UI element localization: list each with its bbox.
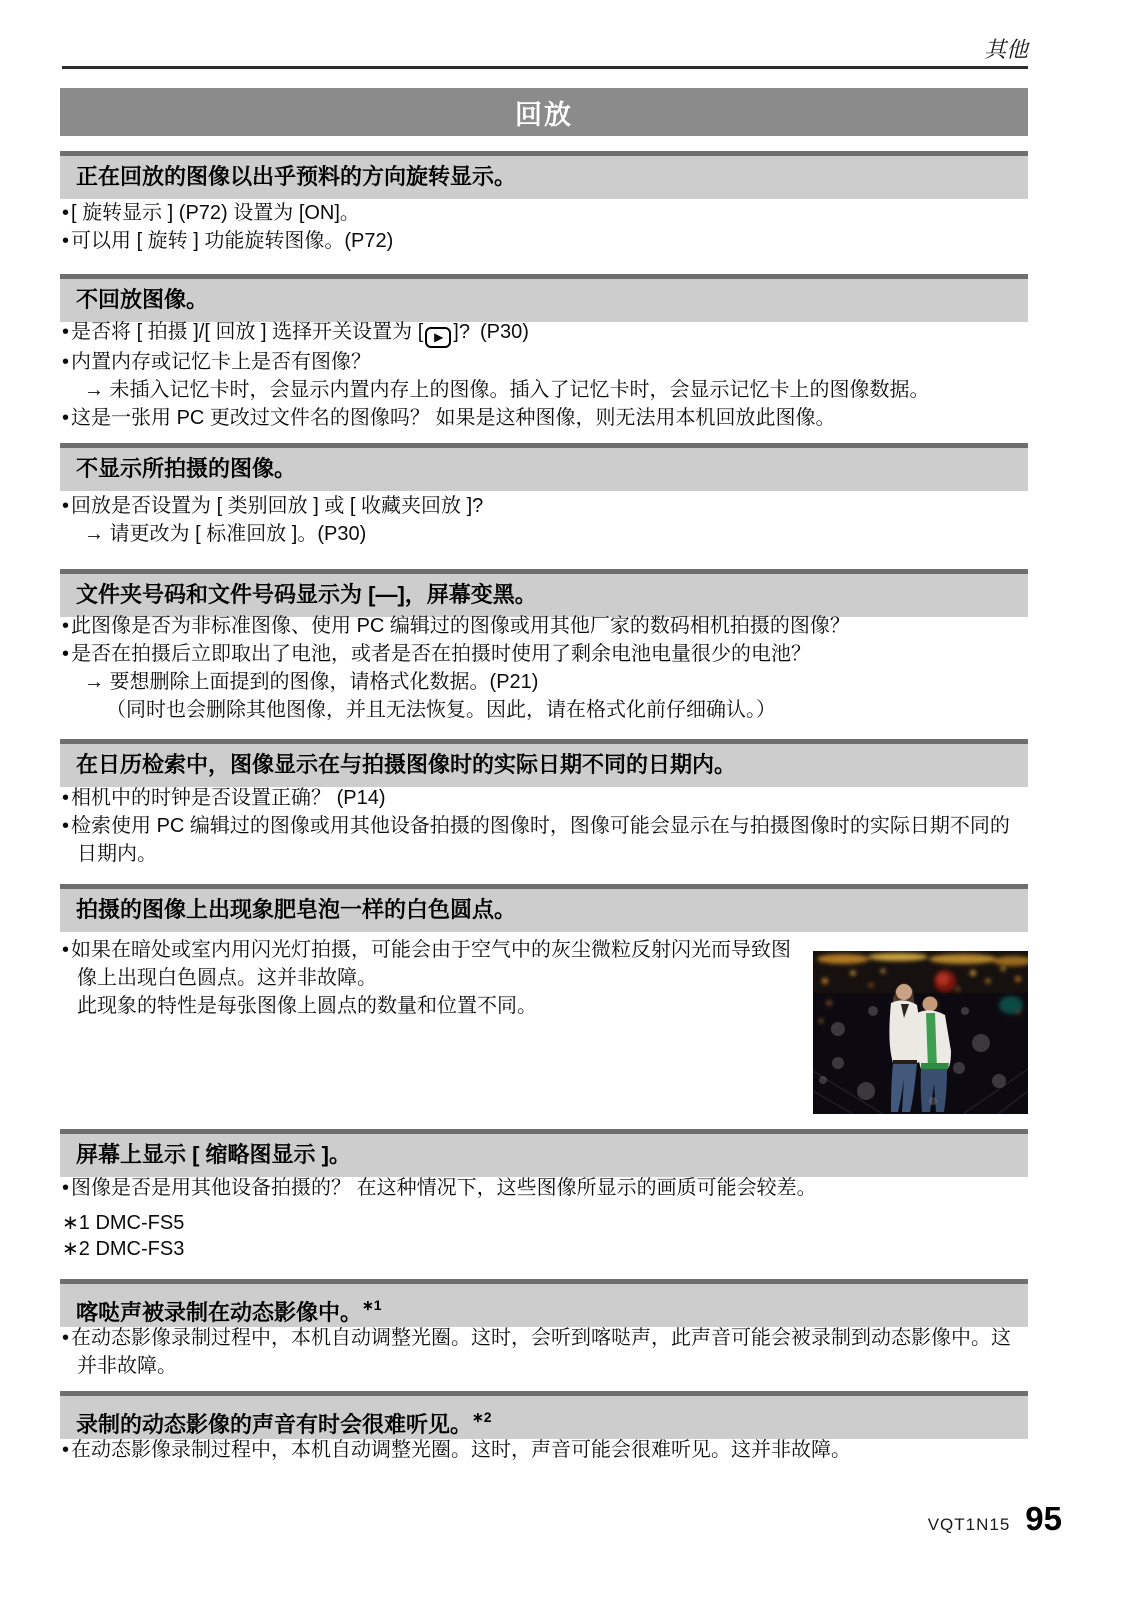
sec-folder-file-number-body: 此图像是否为非标准图像、使用 PC 编辑过的图像或用其他厂家的数码相机拍摄的图像… <box>62 612 1028 724</box>
bullet-item: 这是一张用 PC 更改过文件名的图像吗？ 如果是这种图像，则无法用本机回放此图像… <box>62 404 1028 432</box>
footnote-line: ∗2 DMC-FS3 <box>62 1236 184 1262</box>
bullet-item: 内置内存或记忆卡上是否有图像？ <box>62 348 1028 376</box>
sec-no-playback-header: 不回放图像。 <box>60 274 1028 322</box>
sec-thumbnail-display-header: 屏幕上显示 [ 缩略图显示 ]。 <box>60 1129 1028 1177</box>
arrow-item: → 请更改为 [ 标准回放 ]。(P30) <box>62 520 1028 548</box>
playback-mode-icon: ▶ <box>425 327 451 348</box>
sec-rotated-display-body: [ 旋转显示 ] (P72) 设置为 [ON]。 可以用 [ 旋转 ] 功能旋转… <box>62 199 1028 255</box>
sec-rotated-display-header: 正在回放的图像以出乎预料的方向旋转显示。 <box>60 151 1028 199</box>
manual-page: 其他 回放 正在回放的图像以出乎预料的方向旋转显示。 [ 旋转显示 ] (P72… <box>0 0 1124 1600</box>
night-scene-photo <box>813 951 1028 1114</box>
chapter-label: 其他 <box>984 33 1028 64</box>
sec-folder-file-number-header: 文件夹号码和文件号码显示为 [—]，屏幕变黑。 <box>60 569 1028 617</box>
bullet-text-pre: 是否将 [ 拍摄 ]/[ 回放 ] 选择开关设置为 [ <box>71 321 423 343</box>
page-footer: VQT1N15 95 <box>928 1500 1062 1538</box>
bullet-item: 如果在暗处或室内用闪光灯拍摄，可能会由于空气中的灰尘微粒反射闪光而导致图像上出现… <box>62 936 804 992</box>
bullet-item: 可以用 [ 旋转 ] 功能旋转图像。(P72) <box>62 227 1028 255</box>
sec-not-displayed-header: 不显示所拍摄的图像。 <box>60 443 1028 491</box>
continuation-line: 此现象的特性是每张图像上圆点的数量和位置不同。 <box>62 992 804 1020</box>
bullet-item: 检索使用 PC 编辑过的图像或用其他设备拍摄的图像时，图像可能会显示在与拍摄图像… <box>62 812 1028 868</box>
footnote-marker: ∗2 <box>472 1409 492 1425</box>
section-title: 不显示所拍摄的图像。 <box>60 448 296 490</box>
paren-note-item: （同时也会删除其他图像，并且无法恢复。因此，请在格式化前仔细确认。） <box>62 696 1028 724</box>
bullet-item: 在动态影像录制过程中，本机自动调整光圈。这时，会听到喀哒声，此声音可能会被录制到… <box>62 1324 1028 1380</box>
bullet-item: [ 旋转显示 ] (P72) 设置为 [ON]。 <box>62 199 1028 227</box>
playback-banner: 回放 <box>60 88 1028 136</box>
bullet-item: 是否在拍摄后立即取出了电池，或者是否在拍摄时使用了剩余电池电量很少的电池？ <box>62 640 1028 668</box>
section-title: 屏幕上显示 [ 缩略图显示 ]。 <box>60 1134 351 1176</box>
play-triangle-icon: ▶ <box>434 331 443 343</box>
bullet-text-post: ]? (P30) <box>453 321 529 343</box>
bullet-item: 是否将 [ 拍摄 ]/[ 回放 ] 选择开关设置为 [▶]? (P30) <box>62 318 1028 348</box>
model-footnotes: ∗1 DMC-FS5 ∗2 DMC-FS3 <box>62 1210 184 1262</box>
document-code: VQT1N15 <box>928 1515 1011 1535</box>
section-title-text: 录制的动态影像的声音有时会很难听见。 <box>76 1412 472 1437</box>
sec-calendar-search-body: 相机中的时钟是否设置正确？ (P14) 检索使用 PC 编辑过的图像或用其他设备… <box>62 784 1028 868</box>
sec-white-dots-body: 如果在暗处或室内用闪光灯拍摄，可能会由于空气中的灰尘微粒反射闪光而导致图像上出现… <box>62 936 804 1020</box>
bullet-item: 回放是否设置为 [ 类别回放 ] 或 [ 收藏夹回放 ]? <box>62 492 1028 520</box>
footnote-line: ∗1 DMC-FS5 <box>62 1210 184 1236</box>
sec-no-playback-body: 是否将 [ 拍摄 ]/[ 回放 ] 选择开关设置为 [▶]? (P30) 内置内… <box>62 318 1028 432</box>
footnote-marker: ∗1 <box>362 1297 382 1313</box>
sample-photo <box>813 951 1028 1114</box>
sec-calendar-search-header: 在日历检索中，图像显示在与拍摄图像时的实际日期不同的日期内。 <box>60 739 1028 787</box>
sec-movie-audio-body: 在动态影像录制过程中，本机自动调整光圈。这时，声音可能会很难听见。这并非故障。 <box>62 1436 1028 1464</box>
banner-title: 回放 <box>515 93 573 132</box>
section-title: 拍摄的图像上出现象肥皂泡一样的白色圆点。 <box>60 889 516 931</box>
section-title: 不回放图像。 <box>60 279 208 321</box>
sec-movie-audio-header: 录制的动态影像的声音有时会很难听见。∗2 <box>60 1391 1028 1439</box>
page-number: 95 <box>1025 1500 1062 1538</box>
header-rule <box>62 66 1028 69</box>
bullet-item: 图像是否是用其他设备拍摄的？ 在这种情况下，这些图像所显示的画质可能会较差。 <box>62 1174 1028 1202</box>
arrow-item: → 要想删除上面提到的图像，请格式化数据。(P21) <box>62 668 1028 696</box>
bullet-item: 相机中的时钟是否设置正确？ (P14) <box>62 784 1028 812</box>
section-title: 在日历检索中，图像显示在与拍摄图像时的实际日期不同的日期内。 <box>60 744 736 786</box>
sec-clicking-sound-header: 喀哒声被录制在动态影像中。∗1 <box>60 1279 1028 1327</box>
bullet-item: 在动态影像录制过程中，本机自动调整光圈。这时，声音可能会很难听见。这并非故障。 <box>62 1436 1028 1464</box>
bullet-item: 此图像是否为非标准图像、使用 PC 编辑过的图像或用其他厂家的数码相机拍摄的图像… <box>62 612 1028 640</box>
sec-clicking-sound-body: 在动态影像录制过程中，本机自动调整光圈。这时，会听到喀哒声，此声音可能会被录制到… <box>62 1324 1028 1380</box>
arrow-item: → 未插入记忆卡时，会显示内置内存上的图像。插入了记忆卡时，会显示记忆卡上的图像… <box>62 376 1028 404</box>
section-title: 文件夹号码和文件号码显示为 [—]，屏幕变黑。 <box>60 574 537 616</box>
section-title: 正在回放的图像以出乎预料的方向旋转显示。 <box>60 156 516 198</box>
sec-not-displayed-body: 回放是否设置为 [ 类别回放 ] 或 [ 收藏夹回放 ]? → 请更改为 [ 标… <box>62 492 1028 548</box>
sec-thumbnail-display-body: 图像是否是用其他设备拍摄的？ 在这种情况下，这些图像所显示的画质可能会较差。 <box>62 1174 1028 1202</box>
sec-white-dots-header: 拍摄的图像上出现象肥皂泡一样的白色圆点。 <box>60 884 1028 932</box>
section-title-text: 喀哒声被录制在动态影像中。 <box>76 1300 362 1325</box>
